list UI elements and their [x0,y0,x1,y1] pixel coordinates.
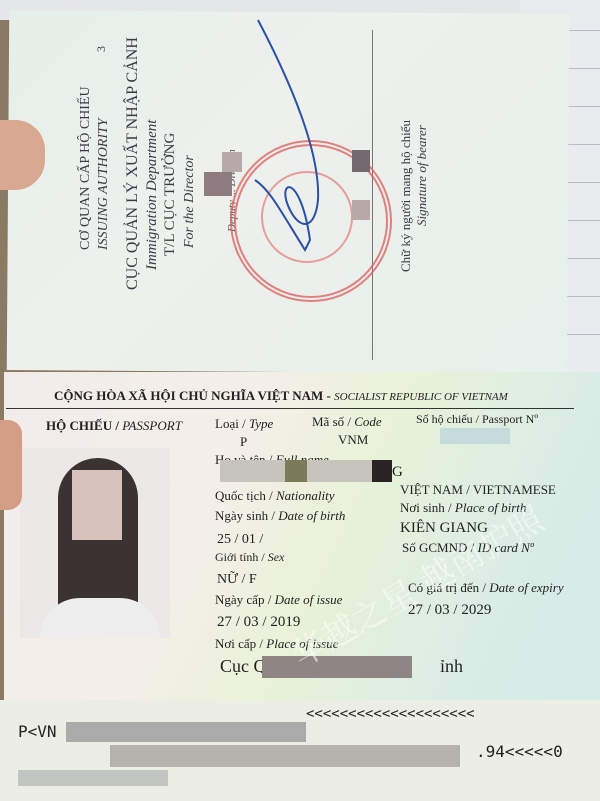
redaction-blur [372,460,392,482]
mrz-line2-end: .94<<<<<0 [476,742,563,761]
redaction-blur [262,656,412,678]
dob-value: 25 / 01 / [217,532,263,548]
place-issue-suffix: ỉnh [440,656,463,677]
nationality-value: VIỆT NAM / VIETNAMESE [400,482,556,498]
mrz-line1-start: P<VN [18,722,57,741]
thumb-lower [0,420,22,510]
place-issue-prefix: Cục Q [220,656,267,677]
holder-photo [20,448,170,638]
code-value: VNM [338,432,368,448]
redaction-blur [352,150,370,172]
sex-label: Giới tính / Sex [215,550,284,565]
type-value: P [240,434,247,450]
dob-label: Ngày sinh / Date of birth [215,508,345,524]
fullname-suffix: G [392,464,403,481]
sex-value: NỮ / F [217,572,257,588]
type-label: Loại / Type [215,416,273,432]
redaction-blur [440,428,510,444]
redaction-blur [352,200,370,220]
issue-date-label: Ngày cấp / Date of issue [215,592,342,608]
country-header: CỘNG HÒA XÃ HỘI CHỦ NGHĨA VIỆT NAM - SOC… [54,388,508,404]
redaction-blur [66,722,306,742]
redaction-blur [285,460,307,482]
issue-date-value: 27 / 03 / 2019 [217,614,300,631]
nationality-label: Quốc tịch / Nationality [215,488,335,504]
signature-stroke [0,0,600,400]
header-rule [6,408,574,409]
redaction-blur [18,770,168,786]
mrz-line1-end: <<<<<<<<<<<<<<<<<<<< [306,706,475,722]
passport-number-label: Số hộ chiếu / Passport Nº [416,412,538,427]
document-type-label: HỘ CHIẾU / PASSPORT [46,418,182,434]
code-label: Mã số / Code [312,414,382,430]
signature-label-en: Signature of bearer [414,125,430,226]
signature-label-vn: Chữ ký người mang hộ chiếu [398,120,414,272]
redaction-blur [110,745,460,767]
